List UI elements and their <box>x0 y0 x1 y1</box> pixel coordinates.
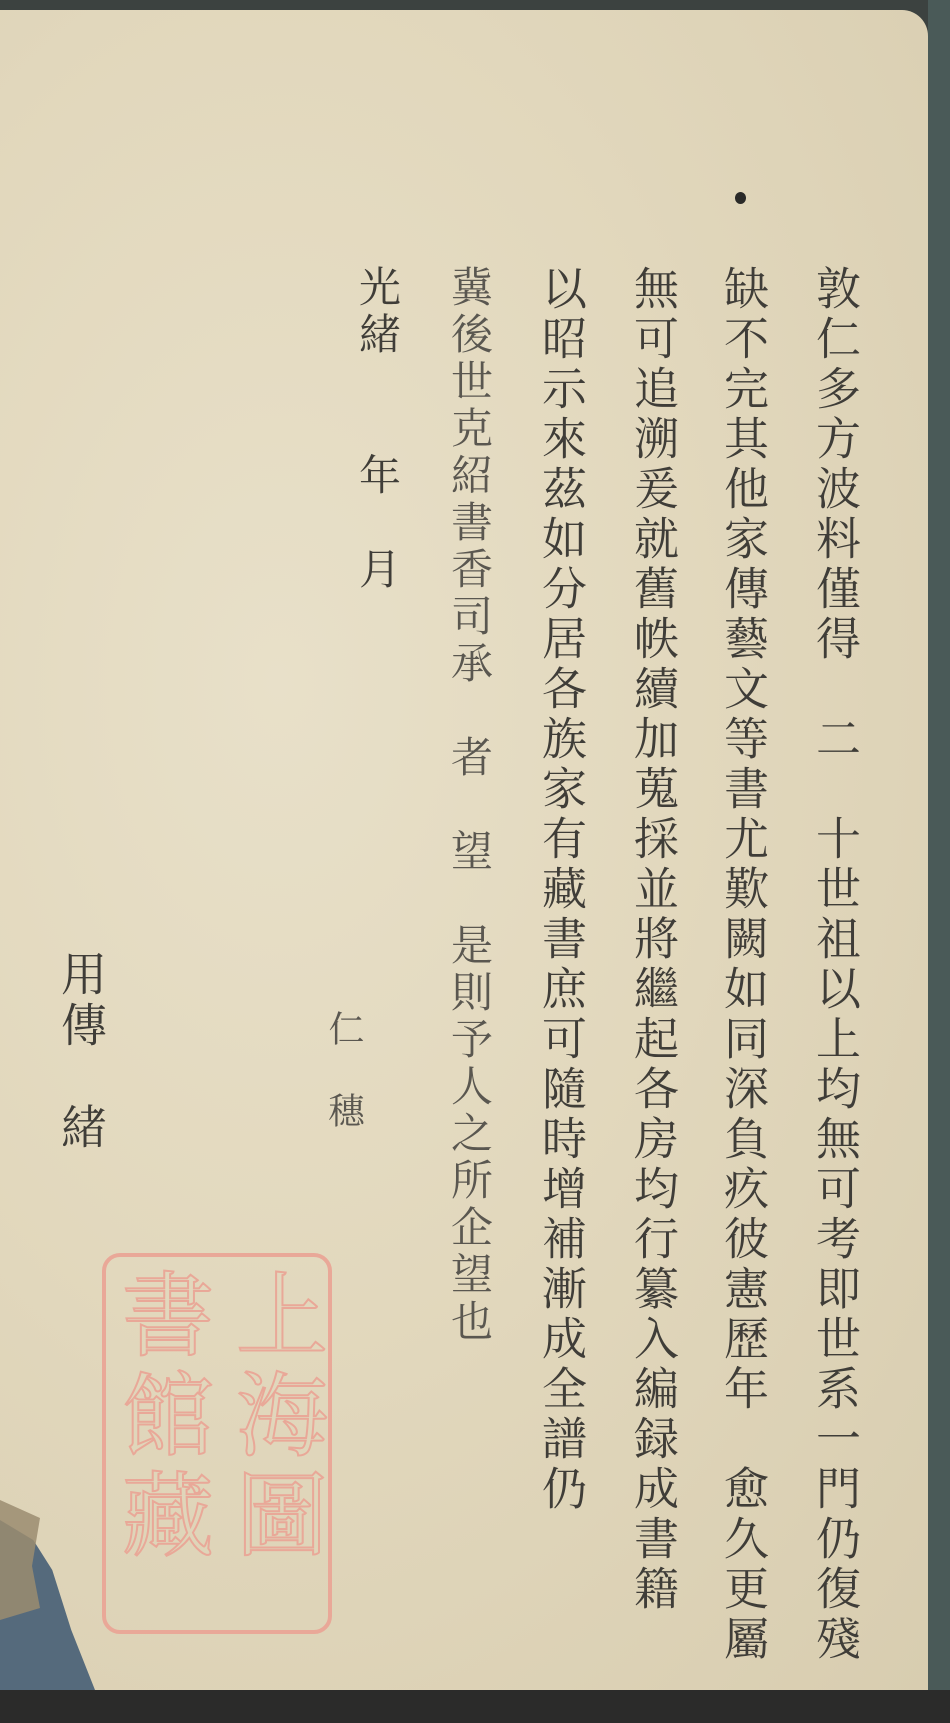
text-column-5: 冀後世克紹書香司承 者 望 是則予人之所企望也 <box>448 265 490 1346</box>
date-column: 光緒 年 月 <box>356 265 398 594</box>
library-seal: 上海圖 書館藏 <box>102 1253 332 1634</box>
text-column-3: 無可追溯爰就舊帙續加蒐採並將繼起各房均行纂入編録成書籍 <box>630 265 675 1615</box>
text-column-2: 缺不完其他家傳藝文等書尤歎闕如同深負疚彼憲歷年 愈久更屬 <box>720 265 765 1665</box>
text-column-1: 敦仁多方波料僅得 二 十世祖以上均無可考即世系一門仍復殘 <box>812 265 857 1665</box>
page-right-edge <box>928 0 950 1723</box>
page-bottom-edge <box>0 1690 950 1723</box>
signature-column: 仁 穗 <box>325 1010 361 1133</box>
seal-text-left: 書館藏 <box>114 1267 206 1567</box>
ink-dot <box>735 192 746 204</box>
seal-text-right: 上海圖 <box>228 1267 320 1567</box>
text-column-4: 以昭示來茲如分居各族家有藏書庶可隨時增補漸成全譜仍 <box>538 265 583 1515</box>
margin-note-column: 用傳 緒 <box>58 950 104 1154</box>
